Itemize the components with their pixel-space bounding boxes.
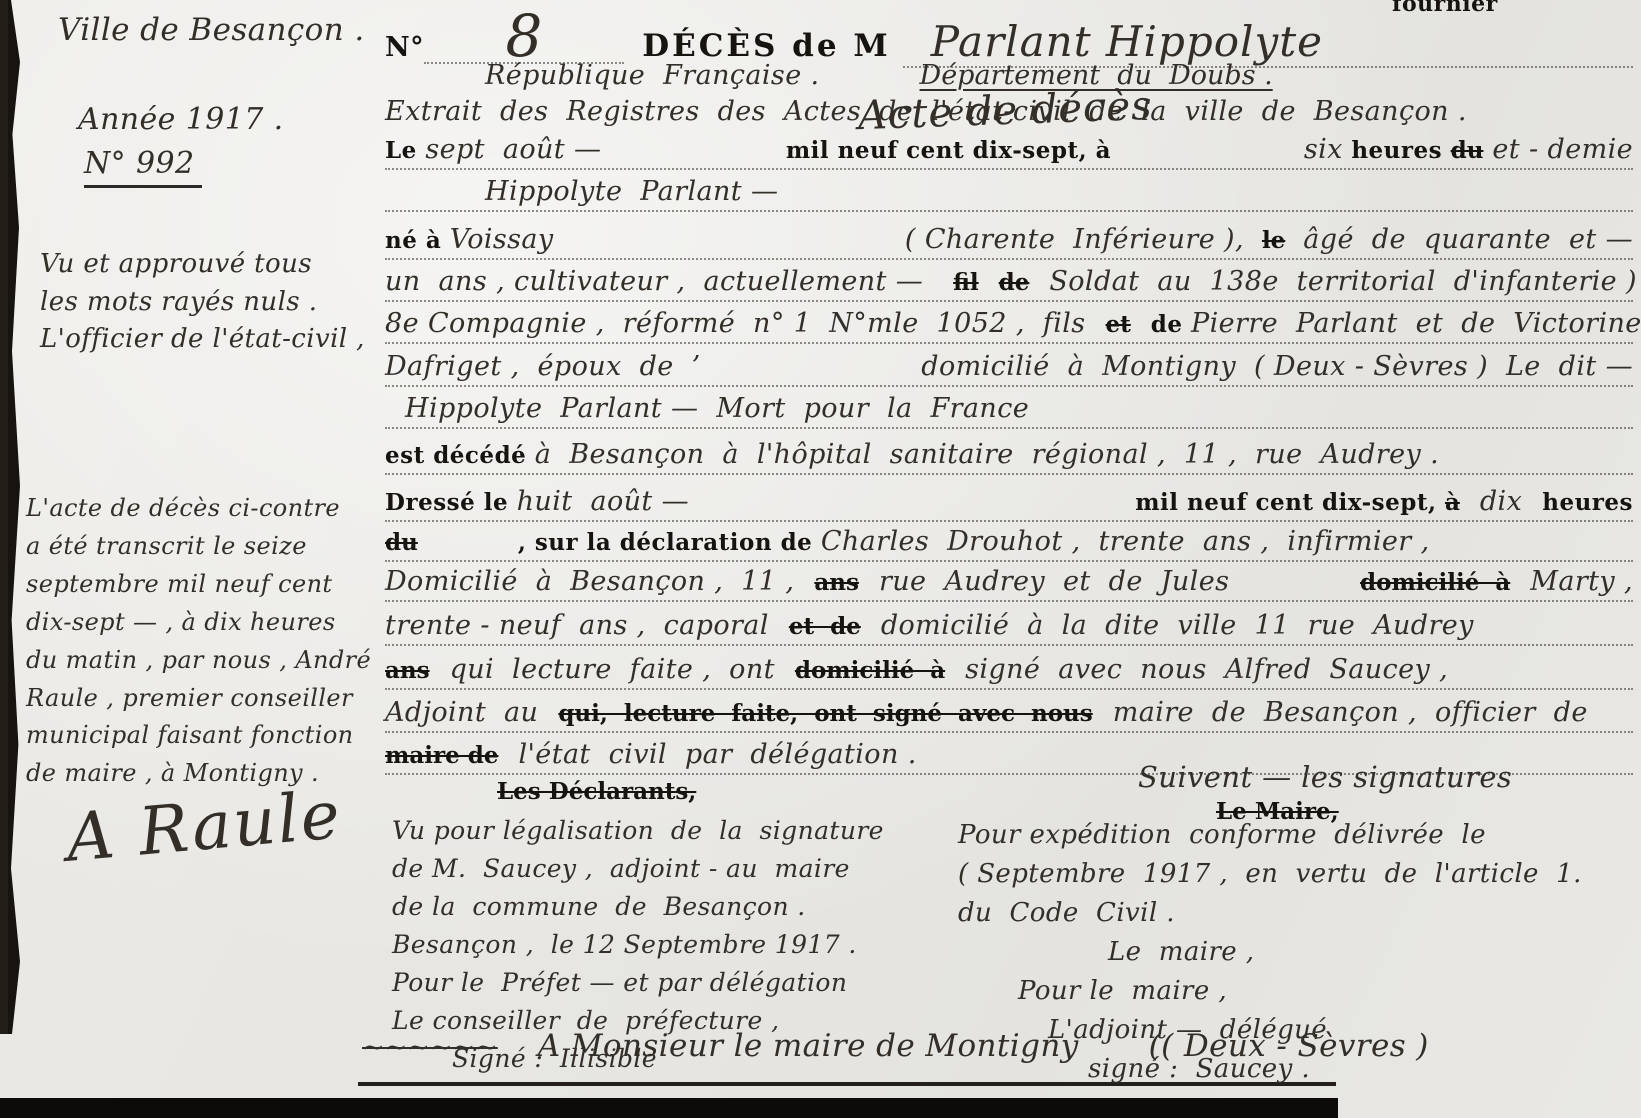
text-segment: qui lecture faite , ont: [450, 654, 775, 685]
text-segment: du: [385, 529, 418, 556]
text-segment: domicilié à: [795, 657, 945, 684]
margin-act-number: N° 992: [84, 146, 202, 188]
death-certificate-scan: fournier Ville de Besançon . Année 1917 …: [0, 0, 1641, 1118]
text-line: ( Septembre 1917 , en vertu de l'article…: [958, 855, 1608, 894]
margin-city: Ville de Besançon .: [58, 12, 365, 48]
text-segment: rue Audrey et de Jules: [879, 566, 1229, 597]
text-line: de la commune de Besançon .: [392, 888, 952, 926]
margin-approval-note: Vu et approuvé tousles mots rayés nuls .…: [40, 246, 365, 359]
text-segment: domicilié à la dite ville 11 rue Audrey: [881, 610, 1474, 641]
text-line: du Code Civil .: [958, 894, 1608, 933]
text-segment: est décédé: [385, 442, 535, 469]
line-declarant1: Domicilié à Besançon , 11 ,ansrue Audrey…: [385, 566, 1633, 602]
line-declarant2: trente - neuf ans , caporalet dedomicili…: [385, 610, 1633, 646]
text-segment: ans: [385, 657, 430, 684]
text-segment: Hippolyte Parlant — Mort pour la France: [405, 393, 1029, 424]
text-segment: et de: [789, 613, 861, 640]
act-number-label: N°: [385, 32, 424, 63]
line-mort-pour-la-france: Hippolyte Parlant — Mort pour la France: [385, 393, 1633, 429]
text-line: Vu et approuvé tous: [40, 246, 365, 284]
text-line: Pour expédition conforme délivrée le: [958, 816, 1608, 855]
text-segment: Dafriget , époux de ’: [385, 351, 701, 382]
text-segment: qui, lecture faite, ont signé avec nous: [558, 700, 1092, 727]
line-extrait: Extrait des Registres des Actes de l'éta…: [385, 96, 1633, 130]
text-segment: de: [1151, 311, 1191, 338]
act-number-value: 8: [424, 10, 624, 64]
footer-addressee: A Monsieur le maire de Montigny: [498, 1028, 1079, 1064]
text-line: Le maire ,: [958, 933, 1608, 972]
text-line: Besançon , le 12 Septembre 1917 .: [392, 926, 952, 964]
text-line: Pour le maire ,: [958, 972, 1608, 1011]
text-segment: Département du Doubs .: [920, 60, 1273, 91]
text-segment: heures: [1343, 137, 1451, 164]
text-segment: Charles Drouhot , trente ans , infirmier…: [821, 526, 1430, 557]
text-line: septembre mil neuf cent: [26, 566, 371, 604]
text-segment: République Française .: [485, 60, 820, 91]
line-lecture: ansqui lecture faite , ontdomicilié àsig…: [385, 654, 1633, 690]
line-lieu-deces: est décédé à Besançon à l'hôpital sanita…: [385, 439, 1633, 475]
deces-title: DÉCÈS de M: [624, 28, 903, 64]
text-segment: ( Charente Inférieure ),: [905, 224, 1262, 255]
text-segment: maire de: [385, 742, 498, 769]
text-line: L'acte de décès ci-contre: [26, 490, 371, 528]
text-segment: domicilié à Montigny ( Deux - Sèvres ) L…: [921, 351, 1633, 382]
text-segment: ans: [814, 569, 859, 596]
text-segment: Hippolyte Parlant —: [485, 176, 778, 207]
footer-address: ~~~~~~ A Monsieur le maire de Montigny (…: [362, 1028, 1462, 1064]
text-segment: le: [1262, 227, 1285, 254]
line-dresse: Dressé le huit août —mil neuf cent dix-s…: [385, 486, 1633, 522]
text-line: Raule , premier conseiller: [26, 680, 371, 718]
text-segment: heures: [1542, 489, 1633, 516]
text-segment: du: [1451, 137, 1484, 164]
line-profession: un ans , cultivateur , actuellement —fil…: [385, 266, 1633, 302]
text-segment: Extrait des Registres des Actes de l'éta…: [385, 96, 1467, 127]
text-segment: et: [1106, 311, 1131, 338]
text-segment: à Besançon à l'hôpital sanitaire régiona…: [535, 439, 1439, 470]
text-segment: Voissay: [450, 224, 554, 255]
line-date-deces: Le sept août —mil neuf cent dix-sept, à …: [385, 134, 1633, 170]
text-line: municipal faisant fonction: [26, 717, 371, 755]
margin-transcription-note: L'acte de décès ci-contrea été transcrit…: [26, 490, 371, 793]
line-adjoint: Adjoint auqui, lecture faite, ont signé …: [385, 697, 1633, 733]
text-segment: âgé de quarante et —: [1285, 224, 1633, 255]
text-segment: , sur la déclaration de: [518, 529, 821, 556]
text-segment: et - demie: [1483, 134, 1633, 165]
suivent-signatures-note: Suivent — les signatures: [1138, 760, 1512, 794]
scan-edge-bar: [0, 1098, 1338, 1118]
line-republique: République Française .Département du Dou…: [385, 60, 1633, 94]
text-segment: Marty ,: [1530, 566, 1633, 597]
text-line: de M. Saucey , adjoint - au maire: [392, 850, 952, 888]
text-segment: de: [999, 269, 1030, 296]
margin-year: Année 1917 .: [78, 102, 284, 137]
text-line: a été transcrit le seize: [26, 528, 371, 566]
text-segment: dix: [1480, 486, 1522, 517]
text-segment: maire de Besançon , officier de: [1113, 697, 1588, 728]
footer-departement: (( Deux - Sèvres ): [1079, 1028, 1429, 1064]
text-segment: Adjoint au: [385, 697, 538, 728]
text-segment: 8e Compagnie , réformé n° 1 N°mle 1052 ,…: [385, 308, 1086, 339]
line-mere-domicile: Dafriget , époux de ’domicilié à Montign…: [385, 351, 1633, 387]
text-line: Pour le Préfet — et par délégation: [392, 964, 952, 1002]
text-line: du matin , par nous , André: [26, 642, 371, 680]
line-nom-defunt: Hippolyte Parlant —: [385, 176, 1633, 212]
text-segment: Pierre Parlant et de Victorine: [1191, 308, 1641, 339]
text-segment: domicilié à: [1360, 569, 1510, 596]
text-segment: signé avec nous Alfred Saucey ,: [965, 654, 1448, 685]
text-segment: Dressé le: [385, 489, 517, 516]
line-naissance: né à Voissay( Charente Inférieure ), le …: [385, 224, 1633, 260]
text-segment: huit août —: [517, 486, 689, 517]
text-line: Vu pour légalisation de la signature: [392, 812, 952, 850]
footer-scribble-struck: ~~~~~~: [362, 1032, 498, 1063]
text-segment: Domicilié à Besançon , 11 ,: [385, 566, 794, 597]
declarants-label-struck: Les Déclarants,: [497, 778, 696, 805]
text-segment: Soldat au 138e territorial d'infanterie …: [1049, 266, 1637, 297]
text-segment: mil neuf cent dix-sept, à: [786, 137, 1120, 164]
text-segment: fil: [953, 269, 978, 296]
line-regiment: 8e Compagnie , réformé n° 1 N°mle 1052 ,…: [385, 308, 1633, 344]
line-declaration: du, sur la déclaration de Charles Drouho…: [385, 526, 1633, 562]
text-segment: l'état civil par délégation .: [518, 739, 916, 770]
text-segment: à: [1445, 489, 1460, 516]
text-segment: trente - neuf ans , caporal: [385, 610, 769, 641]
text-segment: mil neuf cent dix-sept,: [1135, 489, 1445, 516]
book-binding-shadow: [0, 0, 8, 1034]
text-line: les mots rayés nuls .: [40, 284, 365, 322]
text-line: dix-sept — , à dix heures: [26, 604, 371, 642]
text-segment: six: [1304, 134, 1343, 165]
text-segment: sept août —: [425, 134, 601, 165]
text-segment: un ans , cultivateur , actuellement —: [385, 266, 923, 297]
text-line: L'officier de l'état-civil ,: [40, 321, 365, 359]
text-segment: né à: [385, 227, 450, 254]
text-segment: Le: [385, 137, 425, 164]
